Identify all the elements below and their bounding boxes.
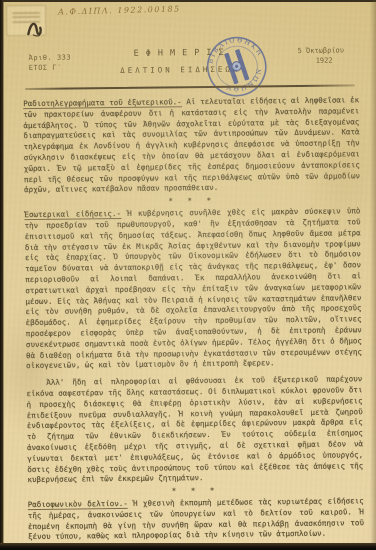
paragraph-2-lead: Ἐσωτερικαὶ εἰδήσεις.- bbox=[24, 209, 121, 220]
handwritten-archival-ref: Α.Φ.ΔΙΠΛ. 1922.00185 bbox=[58, 4, 181, 16]
paragraph-3-text: Ἀλλ' ἤδη αἱ πληροφορίαι αἱ φθάνουσαι ἐκ … bbox=[26, 374, 363, 486]
issue-number: Ἀριθ. 333 bbox=[29, 53, 72, 63]
stamp-line bbox=[12, 16, 40, 18]
scan-edge-top bbox=[0, 0, 376, 2]
paragraph-4: Ραδιοφωνικὸν δελτίον.- Ἡ χθεσινὴ ἐκπομπὴ… bbox=[28, 496, 364, 543]
stamp-line bbox=[12, 11, 40, 13]
scan-edge-left bbox=[0, 0, 4, 550]
page-content: Α.Φ.ΔΙΠΛ. 1922.00185 Ἀριθ. 333 ΕΤΟΣ Γ′ Ε… bbox=[0, 0, 376, 550]
scanned-document-page: Α.Φ.ΔΙΠΛ. 1922.00185 Ἀριθ. 333 ΕΤΟΣ Γ′ Ε… bbox=[0, 0, 376, 550]
date-block: 5 Ὀκτωβρίου 1922 bbox=[298, 45, 364, 66]
paragraph-1: Ραδιοτηλεγραφήματα τοῦ ἐξωτερικοῦ.- Αἱ τ… bbox=[23, 95, 360, 196]
scan-edge-bottom bbox=[0, 543, 376, 550]
seal-monogram bbox=[224, 49, 249, 84]
issue-block: Ἀριθ. 333 ΕΤΟΣ Γ′ bbox=[29, 53, 72, 73]
paragraph-3: Ἀλλ' ἤδη αἱ πληροφορίαι αἱ φθάνουσαι ἐκ … bbox=[26, 374, 363, 486]
library-seal: ΒΙΒΛΙΟΘΗΚΗ ΑΘΗΝΩΝ bbox=[204, 34, 269, 99]
year-label: ΕΤΟΣ Γ′ bbox=[29, 63, 72, 73]
date-year: 1922 bbox=[298, 55, 364, 66]
paragraph-2-text: Ἡ κυβέρνησις συνῆλθε χθὲς εἰς μακρὰν σύσ… bbox=[24, 206, 362, 370]
paragraph-1-text: Αἱ τελευταῖαι εἰδήσεις αἱ ληφθεῖσαι ἐκ τ… bbox=[23, 95, 360, 194]
bulletin-body: Ραδιοτηλεγραφήματα τοῦ ἐξωτερικοῦ.- Αἱ τ… bbox=[23, 95, 364, 543]
paragraph-2: Ἐσωτερικαὶ εἰδήσεις.- Ἡ κυβέρνησις συνῆλ… bbox=[24, 206, 362, 372]
paragraph-1-lead: Ραδιοτηλεγραφήματα τοῦ ἐξωτερικοῦ.- bbox=[23, 97, 182, 109]
paragraph-4-lead: Ραδιοφωνικὸν δελτίον.- bbox=[28, 499, 128, 510]
ink-mark-icon bbox=[25, 19, 45, 39]
masthead-rule bbox=[25, 84, 355, 90]
scan-edge-right bbox=[370, 0, 376, 550]
